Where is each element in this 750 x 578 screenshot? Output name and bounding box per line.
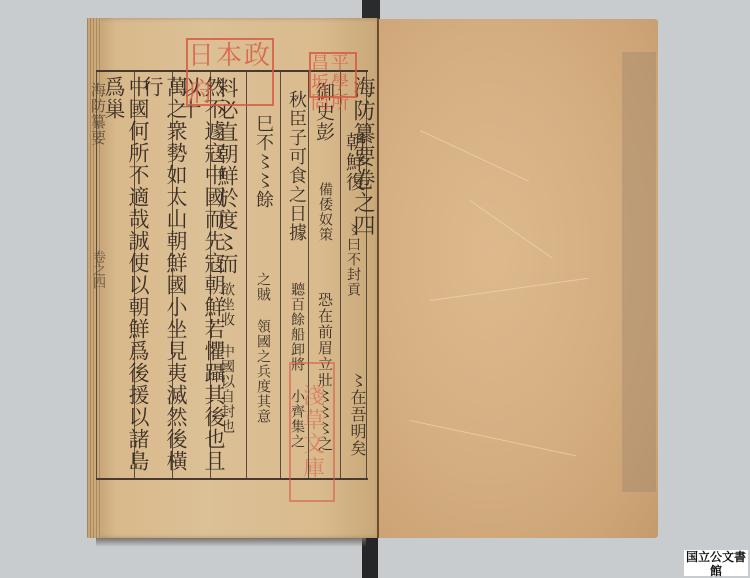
seal-column-text: 〻在吾明矣	[350, 372, 364, 457]
seal-bottom: 淺草文庫	[289, 362, 335, 502]
column-rule	[280, 72, 281, 478]
right-page	[378, 19, 658, 538]
page-shadow	[96, 537, 366, 547]
text-column-5-sub: 欲坐收 中國以自封也	[220, 282, 234, 434]
watermark-japanese: 国立公文書館	[684, 550, 748, 578]
gutter	[377, 18, 379, 538]
archive-watermark: 国立公文書館 National Archives of Japan	[684, 550, 748, 576]
seal-top-right: 昌平坂學問所	[309, 52, 357, 98]
right-page-margin-band	[622, 52, 656, 492]
text-column-4-sub: 之賊 領國之兵度其意	[256, 272, 270, 424]
seal-top-center: 日本政府	[186, 38, 274, 106]
column-rule	[246, 72, 247, 478]
column-rule	[340, 72, 341, 478]
text-column-3: 秋臣子可食之日據	[284, 72, 308, 256]
column-rule	[96, 72, 97, 478]
text-column-2-sub: 備倭奴策	[318, 182, 332, 242]
